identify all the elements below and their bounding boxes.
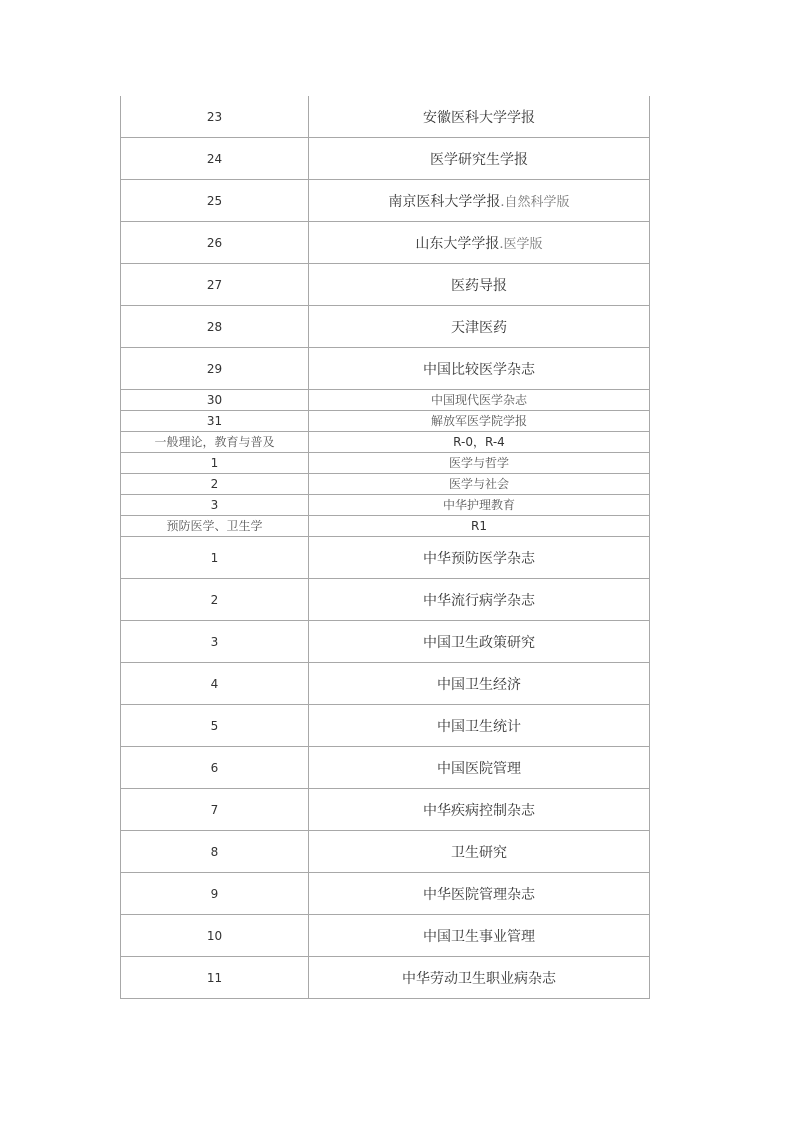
table-row: 6 中国医院管理 xyxy=(121,747,650,789)
row-number: 27 xyxy=(121,264,309,306)
journal-name: 中国卫生事业管理 xyxy=(309,915,650,957)
row-number: 6 xyxy=(121,747,309,789)
journal-name-cell: 山东大学学报.医学版 xyxy=(309,222,650,264)
category-header-row: 一般理论，教育与普及 R-0，R-4 xyxy=(121,432,650,453)
journal-name: 中国现代医学杂志 xyxy=(309,390,650,411)
row-number: 3 xyxy=(121,621,309,663)
row-number: 26 xyxy=(121,222,309,264)
table-row: 25 南京医科大学学报.自然科学版 xyxy=(121,180,650,222)
journal-name: 中国医院管理 xyxy=(309,747,650,789)
journal-name: 解放军医学院学报 xyxy=(309,411,650,432)
row-number: 8 xyxy=(121,831,309,873)
row-number: 1 xyxy=(121,537,309,579)
table-row: 9 中华医院管理杂志 xyxy=(121,873,650,915)
table-row: 23 安徽医科大学学报 xyxy=(121,96,650,138)
row-number: 7 xyxy=(121,789,309,831)
row-number: 24 xyxy=(121,138,309,180)
journal-name: 医学与哲学 xyxy=(309,453,650,474)
table-row: 2 医学与社会 xyxy=(121,474,650,495)
journal-name: 中国卫生政策研究 xyxy=(309,621,650,663)
row-number: 9 xyxy=(121,873,309,915)
journal-name: 中华劳动卫生职业病杂志 xyxy=(309,957,650,999)
journal-name: 卫生研究 xyxy=(309,831,650,873)
journal-name: 南京医科大学学报 xyxy=(388,194,500,210)
journal-name: 中华预防医学杂志 xyxy=(309,537,650,579)
row-number: 1 xyxy=(121,453,309,474)
row-number: 11 xyxy=(121,957,309,999)
table-row: 31 解放军医学院学报 xyxy=(121,411,650,432)
journal-edition: .自然科学版 xyxy=(500,195,569,210)
journal-name: 山东大学学报 xyxy=(415,236,499,252)
row-number: 3 xyxy=(121,495,309,516)
category-code: R-0，R-4 xyxy=(309,432,650,453)
journal-name: 中国卫生统计 xyxy=(309,705,650,747)
table-row: 8 卫生研究 xyxy=(121,831,650,873)
row-number: 29 xyxy=(121,348,309,390)
journal-list-table: 23 安徽医科大学学报 24 医学研究生学报 25 南京医科大学学报.自然科学版… xyxy=(120,96,650,999)
row-number: 23 xyxy=(121,96,309,138)
document-page: 23 安徽医科大学学报 24 医学研究生学报 25 南京医科大学学报.自然科学版… xyxy=(0,0,793,1122)
journal-edition: .医学版 xyxy=(499,237,542,252)
category-title: 一般理论，教育与普及 xyxy=(121,432,309,453)
journal-name: 医学与社会 xyxy=(309,474,650,495)
row-number: 25 xyxy=(121,180,309,222)
table-row: 27 医药导报 xyxy=(121,264,650,306)
journal-name: 医药导报 xyxy=(309,264,650,306)
row-number: 31 xyxy=(121,411,309,432)
table-row: 1 医学与哲学 xyxy=(121,453,650,474)
table-row: 5 中国卫生统计 xyxy=(121,705,650,747)
table-row: 24 医学研究生学报 xyxy=(121,138,650,180)
journal-name: 中华护理教育 xyxy=(309,495,650,516)
row-number: 4 xyxy=(121,663,309,705)
journal-name: 中华医院管理杂志 xyxy=(309,873,650,915)
row-number: 10 xyxy=(121,915,309,957)
row-number: 28 xyxy=(121,306,309,348)
category-code: R1 xyxy=(309,516,650,537)
row-number: 2 xyxy=(121,579,309,621)
row-number: 5 xyxy=(121,705,309,747)
journal-name-cell: 南京医科大学学报.自然科学版 xyxy=(309,180,650,222)
table-row: 26 山东大学学报.医学版 xyxy=(121,222,650,264)
journal-name: 医学研究生学报 xyxy=(309,138,650,180)
journal-name: 安徽医科大学学报 xyxy=(309,96,650,138)
table-row: 28 天津医药 xyxy=(121,306,650,348)
journal-name: 中国比较医学杂志 xyxy=(309,348,650,390)
category-title: 预防医学、卫生学 xyxy=(121,516,309,537)
table-row: 11 中华劳动卫生职业病杂志 xyxy=(121,957,650,999)
table-row: 29 中国比较医学杂志 xyxy=(121,348,650,390)
table-row: 3 中国卫生政策研究 xyxy=(121,621,650,663)
table-row: 7 中华疾病控制杂志 xyxy=(121,789,650,831)
category-header-row: 预防医学、卫生学 R1 xyxy=(121,516,650,537)
table-row: 30 中国现代医学杂志 xyxy=(121,390,650,411)
table-row: 4 中国卫生经济 xyxy=(121,663,650,705)
table-row: 10 中国卫生事业管理 xyxy=(121,915,650,957)
journal-name: 中华疾病控制杂志 xyxy=(309,789,650,831)
journal-name: 天津医药 xyxy=(309,306,650,348)
table-row: 1 中华预防医学杂志 xyxy=(121,537,650,579)
row-number: 30 xyxy=(121,390,309,411)
table-row: 2 中华流行病学杂志 xyxy=(121,579,650,621)
journal-name: 中华流行病学杂志 xyxy=(309,579,650,621)
table-row: 3 中华护理教育 xyxy=(121,495,650,516)
row-number: 2 xyxy=(121,474,309,495)
journal-name: 中国卫生经济 xyxy=(309,663,650,705)
